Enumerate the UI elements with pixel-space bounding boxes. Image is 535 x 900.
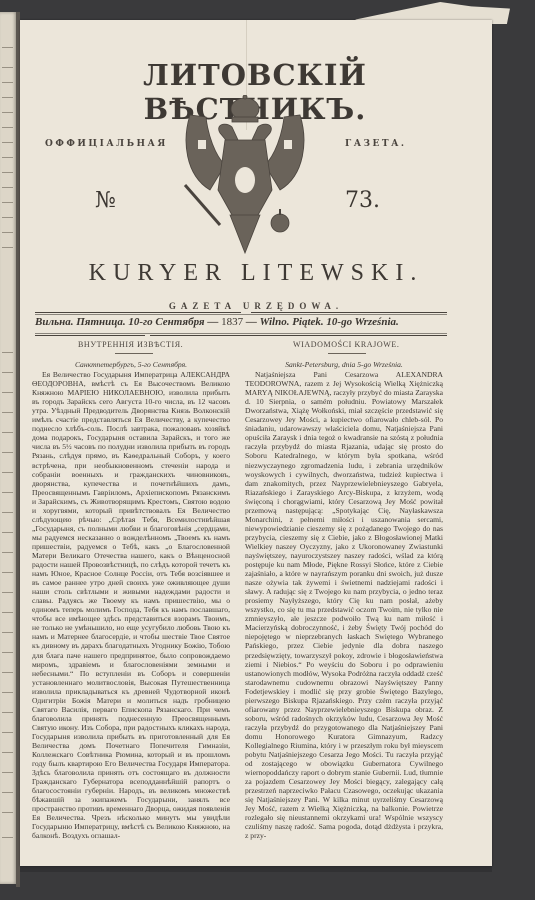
text-fragment [2,652,13,653]
dateline-polish: — Wilno. Piątek. 10-go Września. [246,316,399,328]
text-fragment [2,592,13,593]
dateline: Вильна. Пятница. 10-го Сентября — 1837 —… [35,316,445,328]
text-fragment [2,712,13,713]
text-fragment [2,127,13,128]
text-fragment [2,157,13,158]
issue-number: 73. [345,188,380,213]
text-fragment [2,532,13,533]
text-fragment [2,732,13,733]
divider-rule [35,335,145,336]
column-polish: Sankt-Petersburg, dnia 5-go Września. Na… [245,360,443,845]
divider-rule [150,335,447,336]
text-fragment [2,142,13,143]
text-fragment [2,232,13,233]
newspaper-page: ЛИТОВСКІЙ ВѢСТНИКЪ. ОФФИЦІАЛЬНАЯ ГАЗЕТА.… [20,20,492,866]
gazette-label: ГАЗЕТА. [345,139,407,149]
article-body: Ея Величество Государыня Императрица АЛЕ… [32,370,230,840]
heading-underline [115,353,153,354]
divider-rule [35,333,447,334]
text-fragment [2,672,13,673]
text-fragment [2,187,13,188]
text-fragment [2,247,13,248]
text-fragment [2,837,13,838]
article-place-date: Sankt-Petersburg, dnia 5-go Września. [245,360,443,369]
masthead-title-polish: KURYER LITEWSKI. [20,260,492,287]
text-fragment [2,472,13,473]
text-fragment [2,812,13,813]
text-fragment [2,82,13,83]
article-body: Natjaśniejsza Pani Cesarzowa ALEXANDRA T… [245,370,443,840]
page-bottom-shadow [20,866,492,872]
section-heading-russian: ВНУТРЕННІЯ ИЗВѢСТІЯ. [78,340,183,349]
text-fragment [2,217,13,218]
text-fragment [2,452,13,453]
text-fragment [2,202,13,203]
text-fragment [2,97,13,98]
text-fragment [2,632,13,633]
text-fragment [2,47,13,48]
text-fragment [2,392,13,393]
masthead-subtitle-polish: GAZETA URZĘDOWA. [20,301,492,311]
text-fragment [2,67,13,68]
divider-rule [35,314,447,315]
section-heading-polish: WIADOMOŚCI KRAJOWE. [293,340,400,349]
text-fragment [2,512,13,513]
text-fragment [2,552,13,553]
dateline-russian: Вильна. Пятница. 10-го Сентября — [35,316,218,328]
article-place-date: Санктпетербургъ, 5-го Сентября. [32,360,230,369]
text-fragment [2,432,13,433]
text-fragment [2,612,13,613]
text-fragment [2,492,13,493]
issue-number-sign: № [95,188,116,213]
divider-rule [251,312,447,313]
adjacent-page-edge [0,12,17,884]
text-fragment [2,752,13,753]
text-fragment [2,772,13,773]
heading-underline [328,353,366,354]
text-fragment [2,172,13,173]
text-fragment [2,112,13,113]
double-headed-eagle-icon [180,95,310,255]
text-fragment [2,572,13,573]
text-fragment [2,692,13,693]
divider-rule [35,312,241,313]
dateline-year: 1837 [221,316,243,328]
text-fragment [2,792,13,793]
text-fragment [2,352,13,353]
text-fragment [2,372,13,373]
text-fragment [2,412,13,413]
column-russian: Санктпетербургъ, 5-го Сентября. Ея Велич… [32,360,230,845]
official-label: ОФФИЦІАЛЬНАЯ [45,139,168,149]
